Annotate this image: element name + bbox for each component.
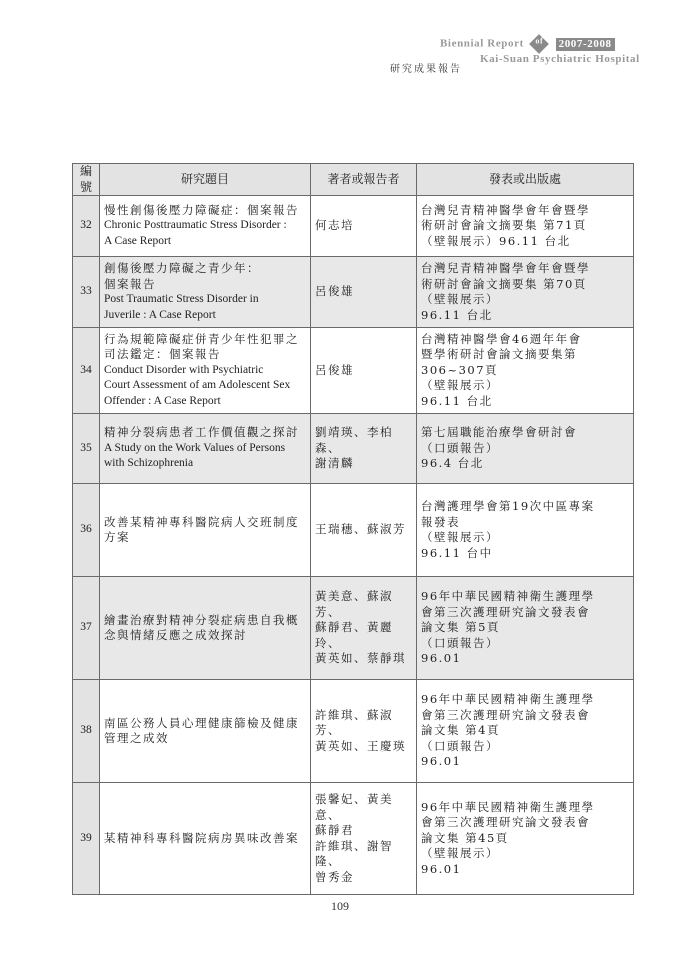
author-line: 許維琪、蘇淑芳、 (315, 708, 412, 739)
publication-line: 96年中華民國精神衛生護理學 (421, 692, 629, 708)
title-zh-line: 管理之成效 (104, 731, 306, 747)
publication-line: （壁報展示）96.11 台北 (421, 234, 629, 250)
row-number: 37 (73, 577, 100, 680)
hospital-name: Kai-Suan Psychiatric Hospital (480, 53, 640, 65)
title-en-line: Post Traumatic Stress Disorder in (104, 292, 306, 308)
title-en-line: Conduct Disorder with Psychiatric (104, 363, 306, 379)
table-row: 36改善某精神專科醫院病人交班制度方案王瑞穗、蘇淑芳台灣護理學會第19次中區專案… (73, 484, 634, 577)
author-line: 何志培 (315, 218, 412, 234)
publication-venue: 第七屆職能治療學會研討會（口頭報告）96.4 台北 (417, 414, 634, 484)
author-line: 王瑞穗、蘇淑芳 (315, 522, 412, 538)
title-zh-line: 司法鑑定：個案報告 (104, 347, 306, 363)
publication-line: （壁報展示） (421, 846, 629, 862)
authors: 呂俊雄 (311, 257, 417, 328)
publication-line: （壁報展示） (421, 378, 629, 394)
author-line: 謝清麟 (315, 456, 412, 472)
row-number: 32 (73, 196, 100, 257)
publication-line: 96.01 (421, 754, 629, 770)
title-zh-line: 改善某精神專科醫院病人交班制度 (104, 515, 306, 531)
research-title: 繪畫治療對精神分裂症病患自我概念與情緒反應之成效探討 (100, 577, 311, 680)
publication-line: 96.01 (421, 862, 629, 878)
publication-line: 術研討會論文摘要集 第71頁 (421, 218, 629, 234)
publication-venue: 96年中華民國精神衛生護理學會第三次護理研究論文發表會論文集 第5頁（口頭報告）… (417, 577, 634, 680)
title-zh-line: 南區公務人員心理健康篩檢及健康 (104, 716, 306, 732)
title-zh-line: 慢性創傷後壓力障礙症：個案報告 (104, 203, 306, 219)
publication-line: 96年中華民國精神衛生護理學 (421, 589, 629, 605)
author-line: 黃英如、王慶瑛 (315, 739, 412, 755)
publication-venue: 台灣兒青精神醫學會年會暨學術研討會論文摘要集 第70頁（壁報展示）96.11 台… (417, 257, 634, 328)
publication-venue: 96年中華民國精神衛生護理學會第三次護理研究論文發表會論文集 第4頁（口頭報告）… (417, 680, 634, 783)
publication-line: 論文集 第4頁 (421, 723, 629, 739)
title-zh-line: 繪畫治療對精神分裂症病患自我概 (104, 613, 306, 629)
publication-line: 96.11 台北 (421, 394, 629, 410)
section-title: 研究成果報告 (390, 60, 462, 75)
author-line: 許維琪、謝智隆、 (315, 839, 412, 870)
publications-table: 編號 研究題目 著者或報告者 發表或出版處 32慢性創傷後壓力障礙症：個案報告C… (72, 163, 634, 895)
row-number: 36 (73, 484, 100, 577)
research-title: 南區公務人員心理健康篩檢及健康管理之成效 (100, 680, 311, 783)
title-zh-line: 創傷後壓力障礙之青少年： (104, 261, 306, 277)
publication-venue: 台灣兒青精神醫學會年會暨學術研討會論文摘要集 第71頁（壁報展示）96.11 台… (417, 196, 634, 257)
row-number: 34 (73, 328, 100, 414)
publication-line: 會第三次護理研究論文發表會 (421, 815, 629, 831)
row-number: 38 (73, 680, 100, 783)
publication-line: 會第三次護理研究論文發表會 (421, 605, 629, 621)
publication-venue: 96年中華民國精神衛生護理學會第三次護理研究論文發表會論文集 第45頁（壁報展示… (417, 783, 634, 895)
table-row: 34行為規範障礙症併青少年性犯罪之司法鑑定：個案報告Conduct Disord… (73, 328, 634, 414)
publication-line: 台灣兒青精神醫學會年會暨學 (421, 203, 629, 219)
title-en-line: Offender : A Case Report (104, 394, 306, 410)
author-line: 呂俊雄 (315, 363, 412, 379)
publication-line: 台灣護理學會第19次中區專案 (421, 499, 629, 515)
author-line: 曾秀金 (315, 870, 412, 886)
title-zh-line: 個案報告 (104, 277, 306, 293)
row-number: 33 (73, 257, 100, 328)
author-line: 蘇靜君、黃麗玲、 (315, 620, 412, 651)
research-title: 改善某精神專科醫院病人交班制度方案 (100, 484, 311, 577)
col-header-title: 研究題目 (100, 164, 311, 196)
report-header: Biennial Report of 2007-2008 (440, 37, 615, 51)
table-row: 33創傷後壓力障礙之青少年：個案報告Post Traumatic Stress … (73, 257, 634, 328)
publication-line: 96.11 台中 (421, 546, 629, 562)
authors: 何志培 (311, 196, 417, 257)
research-title: 行為規範障礙症併青少年性犯罪之司法鑑定：個案報告Conduct Disorder… (100, 328, 311, 414)
row-number: 39 (73, 783, 100, 895)
publication-line: 96.11 台北 (421, 308, 629, 324)
authors: 劉靖瑛、李柏森、謝清麟 (311, 414, 417, 484)
of-diamond-icon: of (529, 34, 549, 54)
publication-line: 96年中華民國精神衛生護理學 (421, 800, 629, 816)
authors: 呂俊雄 (311, 328, 417, 414)
author-line: 黃英如、蔡靜琪 (315, 651, 412, 667)
research-title: 某精神科專科醫院病房異味改善案 (100, 783, 311, 895)
publication-line: （口頭報告） (421, 636, 629, 652)
author-line: 蘇靜君 (315, 823, 412, 839)
publication-line: 台灣精神醫學會46週年年會 (421, 332, 629, 348)
table-row: 32慢性創傷後壓力障礙症：個案報告Chronic Posttraumatic S… (73, 196, 634, 257)
col-header-authors: 著者或報告者 (311, 164, 417, 196)
col-header-publication: 發表或出版處 (417, 164, 634, 196)
table-row: 35精神分裂病患者工作價值觀之探討A Study on the Work Val… (73, 414, 634, 484)
research-title: 精神分裂病患者工作價值觀之探討A Study on the Work Value… (100, 414, 311, 484)
title-zh-line: 某精神科專科醫院病房異味改善案 (104, 831, 306, 847)
title-en-line: Juverile : A Case Report (104, 308, 306, 324)
publication-line: 報發表 (421, 515, 629, 531)
publication-line: 台灣兒青精神醫學會年會暨學 (421, 261, 629, 277)
publication-venue: 台灣精神醫學會46週年年會暨學術研討會論文摘要集第306~307頁（壁報展示）9… (417, 328, 634, 414)
publication-line: （口頭報告） (421, 441, 629, 457)
research-title: 慢性創傷後壓力障礙症：個案報告Chronic Posttraumatic Str… (100, 196, 311, 257)
publication-line: （壁報展示） (421, 292, 629, 308)
table-header-row: 編號 研究題目 著者或報告者 發表或出版處 (73, 164, 634, 196)
author-line: 劉靖瑛、李柏森、 (315, 425, 412, 456)
title-en-line: A Study on the Work Values of Persons (104, 441, 306, 457)
title-en-line: Court Assessment of am Adolescent Sex (104, 378, 306, 394)
publication-line: 論文集 第5頁 (421, 620, 629, 636)
authors: 許維琪、蘇淑芳、黃英如、王慶瑛 (311, 680, 417, 783)
title-zh-line: 念與情緒反應之成效探討 (104, 628, 306, 644)
title-en-line: with Schizophrenia (104, 456, 306, 472)
author-line: 呂俊雄 (315, 284, 412, 300)
publication-line: 306~307頁 (421, 363, 629, 379)
report-years: 2007-2008 (556, 38, 615, 51)
publication-line: 96.4 台北 (421, 456, 629, 472)
table-row: 39某精神科專科醫院病房異味改善案張馨妃、黃美意、蘇靜君許維琪、謝智隆、曾秀金9… (73, 783, 634, 895)
publication-venue: 台灣護理學會第19次中區專案報發表（壁報展示）96.11 台中 (417, 484, 634, 577)
publication-line: （壁報展示） (421, 530, 629, 546)
publication-line: 論文集 第45頁 (421, 831, 629, 847)
publication-line: 術研討會論文摘要集 第70頁 (421, 277, 629, 293)
table-row: 38南區公務人員心理健康篩檢及健康管理之成效許維琪、蘇淑芳、黃英如、王慶瑛96年… (73, 680, 634, 783)
title-zh-line: 精神分裂病患者工作價值觀之探討 (104, 425, 306, 441)
table-row: 37繪畫治療對精神分裂症病患自我概念與情緒反應之成效探討黃美意、蘇淑芳、蘇靜君、… (73, 577, 634, 680)
title-zh-line: 行為規範障礙症併青少年性犯罪之 (104, 332, 306, 348)
row-number: 35 (73, 414, 100, 484)
publication-line: 第七屆職能治療學會研討會 (421, 425, 629, 441)
publication-line: 會第三次護理研究論文發表會 (421, 708, 629, 724)
author-line: 張馨妃、黃美意、 (315, 792, 412, 823)
authors: 張馨妃、黃美意、蘇靜君許維琪、謝智隆、曾秀金 (311, 783, 417, 895)
research-title: 創傷後壓力障礙之青少年：個案報告Post Traumatic Stress Di… (100, 257, 311, 328)
report-label: Biennial Report (440, 38, 524, 50)
publication-line: 暨學術研討會論文摘要集第 (421, 347, 629, 363)
publication-line: 96.01 (421, 651, 629, 667)
publication-line: （口頭報告） (421, 739, 629, 755)
authors: 王瑞穗、蘇淑芳 (311, 484, 417, 577)
col-header-number: 編號 (73, 164, 100, 196)
title-en-line: Chronic Posttraumatic Stress Disorder : (104, 218, 306, 234)
title-en-line: A Case Report (104, 234, 306, 250)
page-number: 109 (0, 899, 680, 914)
author-line: 黃美意、蘇淑芳、 (315, 589, 412, 620)
authors: 黃美意、蘇淑芳、蘇靜君、黃麗玲、黃英如、蔡靜琪 (311, 577, 417, 680)
title-zh-line: 方案 (104, 530, 306, 546)
